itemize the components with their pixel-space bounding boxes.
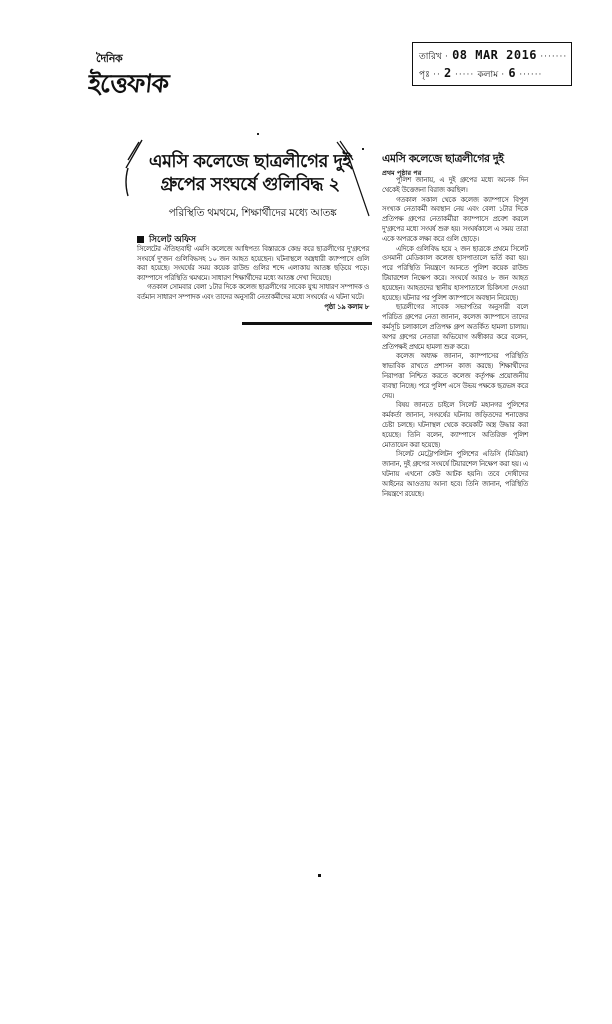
continuation-body: পুলিশ জানায়, এ দুই গ্রুপের মধ্যে অনেক দ… (382, 176, 528, 499)
byline-text: সিলেট অফিস (149, 235, 196, 245)
continuation-paragraph: পুলিশ জানায়, এ দুই গ্রুপের মধ্যে অনেক দ… (382, 176, 528, 196)
continued-label: পৃষ্ঠা ১৯ কলাম ৮ (314, 303, 369, 313)
scan-speck (318, 874, 321, 877)
masthead-logo: ইত্তেফাক (86, 64, 170, 107)
date-stamp: তারিখ · 08 MAR 2016 ······· পৃঃ ·· 2 ···… (412, 42, 572, 86)
continuation-headline: এমসি কলেজে ছাত্রলীগের দুই (382, 150, 530, 169)
article-subheadline: পরিস্থিতি থমথমে, শিক্ষার্থীদের মধ্যে আতঙ… (145, 206, 360, 223)
stamp-page-value: 2 (444, 66, 452, 80)
stamp-page-label: পৃঃ (419, 70, 430, 80)
article-paragraph-text: গতকাল সোমবার বেলা ১টার দিকে কলেজ ছাত্রলী… (137, 283, 369, 301)
article-paragraph: গতকাল সোমবার বেলা ১টার দিকে কলেজ ছাত্রলী… (137, 283, 369, 302)
stamp-date-value: 08 MAR 2016 (452, 48, 537, 62)
stamp-date-label: তারিখ (419, 52, 442, 62)
stamp-date-row: তারিখ · 08 MAR 2016 ······· (419, 46, 565, 64)
continuation-paragraph: ছাত্রলীগের সাবেক সভাপতির অনুসারী বলে পরি… (382, 303, 528, 352)
continuation-paragraph: এদিকে গুলিবিদ্ধ হয়ে ২ জন ছাত্রকে প্রথমে… (382, 245, 528, 304)
stamp-dots: · (501, 70, 505, 80)
square-bullet-icon (137, 236, 144, 243)
article-end-rule (242, 322, 372, 325)
headline-line-1: এমসি কলেজে ছাত্রলীগের দুই (135, 150, 365, 173)
stamp-page-row: পৃঃ ·· 2 ····· কলাম · 6 ······ (419, 64, 565, 82)
stamp-column-label: কলাম (477, 70, 498, 80)
article-headline: এমসি কলেজে ছাত্রলীগের দুই গ্রুপের সংঘর্ষ… (135, 150, 365, 196)
continuation-paragraph: কলেজ অধ্যক্ষ জানান, ক্যাম্পাসের পরিস্থিত… (382, 352, 528, 401)
article-paragraph: সিলেটের ঐতিহ্যবাহী এমসি কলেজে আধিপত্য বি… (137, 245, 369, 283)
stamp-column-value: 6 (508, 66, 516, 80)
stamp-dots: ····· (455, 70, 474, 80)
stamp-dots: ······ (519, 70, 542, 80)
stamp-dots: · (445, 52, 449, 62)
continuation-paragraph: সিলেট মেট্রোপলিটন পুলিশের এডিসি (মিডিয়া… (382, 450, 528, 499)
continuation-paragraph: গতকাল সকাল থেকে কলেজ ক্যাম্পাসে বিপুল সং… (382, 196, 528, 245)
scan-speck (362, 148, 364, 150)
headline-line-2: গ্রুপের সংঘর্ষে গুলিবিদ্ধ ২ (135, 173, 365, 196)
stamp-dots: ······· (540, 52, 567, 62)
continuation-paragraph: বিষয় জানতে চাইলে সিলেট মহানগর পুলিশের ক… (382, 401, 528, 450)
scan-speck (257, 133, 259, 135)
stamp-dots: ·· (433, 70, 441, 80)
article-body: সিলেটের ঐতিহ্যবাহী এমসি কলেজে আধিপত্য বি… (137, 245, 369, 312)
